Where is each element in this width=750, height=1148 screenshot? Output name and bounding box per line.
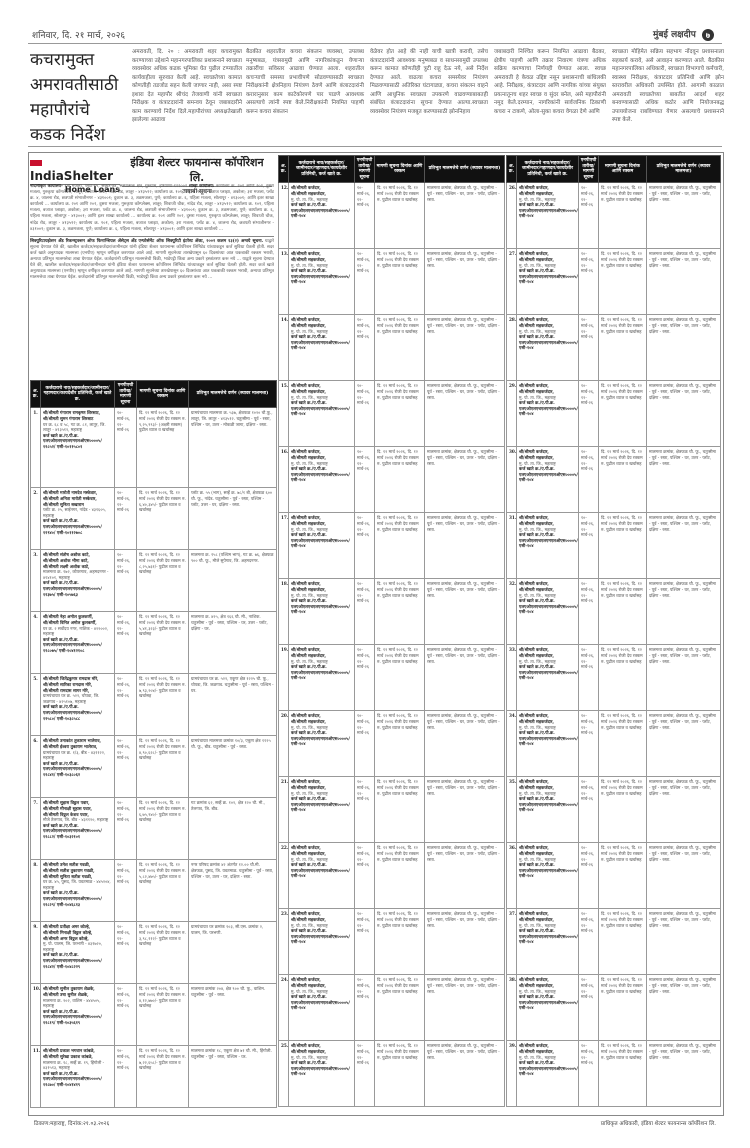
loan-account: कर्ज खाते क्र./ए.पी.क्र. एलएओएलएचएलएमएलओ… <box>291 730 352 747</box>
borrower-cell: श्री/श्रीमती उमेश सतीश गवळी,श्री/श्रीमती… <box>41 860 115 922</box>
borrower-address: ग्रामपंचायत घर क्र. ५२२, चोपडा, जि. जळगा… <box>43 693 112 704</box>
npa-date-cell: १०-मार्च-२६, १२-मार्च-२६ <box>579 579 599 645</box>
row-number: 12. <box>279 183 289 249</box>
demand-cell: दि. १२ मार्च २०२६, दि. १२ मार्च २०२६ रोज… <box>599 777 647 843</box>
notice-table-left: अ. क्र. कर्जदाराचे नाव/सहकर्जदार/जामीनदा… <box>30 380 277 1108</box>
row-number: 24. <box>279 975 289 1041</box>
borrower-address: घर क्र. २ सर्वोदय नगर, नाशिक - ४२२००२, म… <box>43 626 112 637</box>
header-rule <box>28 43 722 44</box>
property-cell: मालमत्ता क्र. ४२५, क्षेत्र १६६ चौ. मी., … <box>189 612 277 674</box>
borrower-cell: श्री/श्रीमती कर्जदार,श्री/श्रीमती सहकर्ज… <box>289 381 355 447</box>
property-cell: मालमत्ता क्रमांक, क्षेत्रफळ चौ. फू., चतु… <box>425 777 505 843</box>
demand-cell: दि. १२ मार्च २०२६, दि. १२ मार्च २०२६ रोज… <box>137 1046 189 1108</box>
demand-cell: दि. १२ मार्च २०२६, दि. १२ मार्च २०२६ रोज… <box>375 1041 425 1107</box>
table-row: 8.श्री/श्रीमती उमेश सतीश गवळी,श्री/श्रीम… <box>31 860 277 922</box>
demand-cell: दि. १२ मार्च २०२६, दि. १२ मार्च २०२६ रोज… <box>137 612 189 674</box>
row-number: 32. <box>507 579 517 645</box>
row-number: 9. <box>31 922 41 984</box>
table-row: 22.श्री/श्रीमती कर्जदार,श्री/श्रीमती सहक… <box>279 843 505 909</box>
borrower-cell: श्री/श्रीमती प्रतीक्षा अमर कोल्हे,श्री/श… <box>41 922 115 984</box>
borrower-cell: श्री/श्रीमती कर्जदार,श्री/श्रीमती सहकर्ज… <box>517 381 579 447</box>
demand-cell: दि. १२ मार्च २०२६, दि. १२ मार्च २०२६ रोज… <box>137 798 189 860</box>
table-row: 33.श्री/श्रीमती कर्जदार,श्री/श्रीमती सहक… <box>507 645 721 711</box>
row-number: 30. <box>507 447 517 513</box>
table-row: 38.श्री/श्रीमती कर्जदार,श्री/श्रीमती सहक… <box>507 975 721 1041</box>
property-cell: मालमत्ता क्रमांक १८, एकूण क्षेत्र ७१ चौ.… <box>189 1046 277 1108</box>
npa-date-cell: १०-मार्च-२६, १२-मार्च-२६ <box>579 909 599 975</box>
table-row: 32.श्री/श्रीमती कर्जदार,श्री/श्रीमती सहक… <box>507 579 721 645</box>
loan-account: कर्ज खाते क्र./ए.पी.क्र. एलएओएलएचएलएमएलओ… <box>519 400 576 417</box>
property-cell: मालमत्ता क्रमांक, क्षेत्रफळ चौ. फू., चतु… <box>647 909 721 975</box>
table-row: 29.श्री/श्रीमती कर्जदार,श्री/श्रीमती सहक… <box>507 381 721 447</box>
property-cell: मालमत्ता क्रमांक, क्षेत्रफळ चौ. फू., चतु… <box>425 975 505 1041</box>
loan-account: कर्ज खाते क्र./ए.पी.क्र. एलएओएलएचएलएमएलओ… <box>291 334 352 351</box>
table-row: 21.श्री/श्रीमती कर्जदार,श्री/श्रीमती सहक… <box>279 777 505 843</box>
place-date: ठिकाण:महाराष्ट्र, दिनांक:२१.०३.२०२६ <box>34 1119 109 1127</box>
npa-date-cell: १०-मार्च-२६, १२-मार्च-२६ <box>115 984 137 1046</box>
demand-cell: दि. १२ मार्च २०२६, दि. १२ मार्च २०२६ रोज… <box>599 315 647 381</box>
row-number: 36. <box>507 843 517 909</box>
npa-date-cell: १०-मार्च-२६, १२-मार्च-२६ <box>115 550 137 612</box>
row-number: 4. <box>31 612 41 674</box>
loan-account: कर्ज खाते क्र./ए.पी.क्र. एलएओएलएचएलएमएलओ… <box>43 952 112 969</box>
borrower-cell: श्री/श्रीमती कर्जदार,श्री/श्रीमती सहकर्ज… <box>289 645 355 711</box>
property-cell: मालमत्ता क्रमांक, क्षेत्रफळ चौ. फू., चतु… <box>425 249 505 315</box>
demand-cell: दि. १२ मार्च २०२६, दि. १२ मार्च २०२६ रोज… <box>375 711 425 777</box>
borrower-cell: श्री/श्रीमती नेहा अमोल कुलकर्णी,श्री/श्र… <box>41 612 115 674</box>
loan-account: कर्ज खाते क्र./ए.पी.क्र. एलएओएलएचएलएमएलओ… <box>519 928 576 945</box>
npa-date-cell: १०-मार्च-२६, १२-मार्च-२६ <box>115 408 137 488</box>
demand-cell: दि. १२ मार्च २०२६, दि. १२ मार्च २०२६ रोज… <box>599 513 647 579</box>
borrower-cell: श्री/श्रीमती कर्जदार,श्री/श्रीमती सहकर्ज… <box>517 1041 579 1107</box>
loan-account: कर्ज खाते क्र./ए.पी.क्र. एलएओएलएचएलएमएलओ… <box>291 268 352 285</box>
row-number: 16. <box>279 447 289 513</box>
demand-cell: दि. १२ मार्च २०२६, दि. १२ मार्च २०२६ रोज… <box>137 860 189 922</box>
row-number: 21. <box>279 777 289 843</box>
property-cell: ग्रामपंचायत घर क्र. ५२२, एकूण क्षेत्र १२… <box>189 674 277 736</box>
demand-cell: दि. १२ मार्च २०२६, दि. १२ मार्च २०२६ रोज… <box>599 909 647 975</box>
demand-cell: दि. १२ मार्च २०२६, दि. १२ मार्च २०२६ रोज… <box>375 447 425 513</box>
npa-date-cell: १०-मार्च-२६, १२-मार्च-२६ <box>115 860 137 922</box>
loan-account: कर्ज खाते क्र./ए.पी.क्र. एलएओएलएचएलएमएलओ… <box>519 664 576 681</box>
npa-date-cell: १०-मार्च-२६, १२-मार्च-२६ <box>355 315 375 381</box>
row-number: 35. <box>507 777 517 843</box>
loan-account: कर्ज खाते क्र./ए.पी.क्र. एलएओएलएचएलएमएलओ… <box>43 433 112 450</box>
demand-cell: दि. १२ मार्च २०२६, दि. १२ मार्च २०२६ रोज… <box>137 408 189 488</box>
loan-account: कर्ज खाते क्र./ए.पी.क्र. एलएओएलएचएलएमएलओ… <box>43 1009 112 1026</box>
npa-date-cell: १०-मार्च-२६, १२-मार्च-२६ <box>355 381 375 447</box>
row-number: 15. <box>279 381 289 447</box>
demand-cell: दि. १२ मार्च २०२६, दि. १२ मार्च २०२६ रोज… <box>599 249 647 315</box>
borrower-cell: श्री/श्रीमती कर्जदार,श्री/श्रीमती सहकर्ज… <box>289 777 355 843</box>
borrower-cell: श्री/श्रीमती सुनील तुकाराम शेळके,श्री/श्… <box>41 984 115 1046</box>
npa-date-cell: १०-मार्च-२६, १२-मार्च-२६ <box>579 249 599 315</box>
property-cell: मालमत्ता क्रमांक, क्षेत्रफळ चौ. फू., चतु… <box>425 645 505 711</box>
loan-account: कर्ज खाते क्र./ए.पी.क्र. एलएओएलएचएलएमएलओ… <box>43 518 112 535</box>
loan-account: कर्ज खाते क्र./ए.पी.क्र. एलएओएलएचएलएमएलओ… <box>291 796 352 813</box>
npa-date-cell: १०-मार्च-२६, १२-मार्च-२६ <box>579 711 599 777</box>
logo-mark-icon <box>30 160 42 166</box>
borrower-cell: श्री/श्रीमती कर्जदार,श्री/श्रीमती सहकर्ज… <box>289 843 355 909</box>
table-row: 24.श्री/श्रीमती कर्जदार,श्री/श्रीमती सहक… <box>279 975 505 1041</box>
authorized-officer: प्राधिकृत अधिकारी, इंडिया शेल्टर फायनान्… <box>601 1119 716 1127</box>
npa-date-cell: १०-मार्च-२६, १२-मार्च-२६ <box>115 922 137 984</box>
property-cell: मालमत्ता क्रमांक, क्षेत्रफळ चौ. फू., चतु… <box>647 381 721 447</box>
loan-account: कर्ज खाते क्र./ए.पी.क्र. एलएओएलएचएलएमएलओ… <box>519 1060 576 1077</box>
table-row: 11.श्री/श्रीमती प्रकाश भगवान कांबळे,श्री… <box>31 1046 277 1108</box>
row-number: 17. <box>279 513 289 579</box>
property-cell: ग्रामपंचायत मालमत्ता क्रमांक १०/३, एकूण … <box>189 736 277 798</box>
loan-account: कर्ज खाते क्र./ए.पी.क्र. एलएओएलएचएलएमएलओ… <box>43 637 112 654</box>
row-number: 25. <box>279 1041 289 1107</box>
demand-cell: दि. १२ मार्च २०२६, दि. १२ मार्च २०२६ रोज… <box>375 579 425 645</box>
borrower-cell: श्री/श्रीमती कर्जदार,श्री/श्रीमती सहकर्ज… <box>289 579 355 645</box>
loan-account: कर्ज खाते क्र./ए.पी.क्र. एलएओएलएचएलएमएलओ… <box>291 664 352 681</box>
table-row: 27.श्री/श्रीमती कर्जदार,श्री/श्रीमती सहक… <box>507 249 721 315</box>
property-cell: मालमत्ता क्रमांक, क्षेत्रफळ चौ. फू., चतु… <box>647 315 721 381</box>
demand-cell: दि. १२ मार्च २०२६, दि. १२ मार्च २०२६ रोज… <box>599 645 647 711</box>
borrower-cell: श्री/श्रीमती कर्जदार,श्री/श्रीमती सहकर्ज… <box>517 645 579 711</box>
npa-date-cell: १०-मार्च-२६, १२-मार्च-२६ <box>115 1046 137 1108</box>
row-number: 14. <box>279 315 289 381</box>
table-row: 19.श्री/श्रीमती कर्जदार,श्री/श्रीमती सहक… <box>279 645 505 711</box>
npa-date-cell: १०-मार्च-२६, १२-मार्च-२६ <box>355 579 375 645</box>
borrower-cell: श्री/श्रीमती कर्जदार,श्री/श्रीमती सहकर्ज… <box>517 249 579 315</box>
property-cell: मालमत्ता क्रमांक, क्षेत्रफळ चौ. फू., चतु… <box>425 1041 505 1107</box>
borrower-cell: श्री/श्रीमती कर्जदार,श्री/श्रीमती सहकर्ज… <box>517 315 579 381</box>
loan-account: कर्ज खाते क्र./ए.पी.क्र. एलएओएलएचएलएमएलओ… <box>519 730 576 747</box>
npa-date-cell: १०-मार्च-२६, १२-मार्च-२६ <box>579 777 599 843</box>
property-cell: मालमत्ता क्र. १५८ (पश्चिम भाग), गट क्र. … <box>189 550 277 612</box>
loan-account: कर्ज खाते क्र./ए.पी.क्र. एलएओएलएचएलएमएलओ… <box>519 268 576 285</box>
table-row: 26.श्री/श्रीमती कर्जदार,श्री/श्रीमती सहक… <box>507 183 721 249</box>
npa-date-cell: १०-मार्च-२६, १२-मार्च-२६ <box>355 249 375 315</box>
loan-account: कर्ज खाते क्र./ए.पी.क्र. एलएओएलएचएलएमएलओ… <box>43 761 112 778</box>
property-cell: मालमत्ता क्रमांक, क्षेत्रफळ चौ. फू., चतु… <box>425 711 505 777</box>
borrower-address: मु. पो. पालम, जि. परभणी - ४३१७२०, महाराष… <box>43 941 112 952</box>
npa-date-cell: १०-मार्च-२६, १२-मार्च-२६ <box>115 736 137 798</box>
borrower-cell: श्री/श्रीमती गंगाराम रामकृष्ण शिरसाट,श्र… <box>41 408 115 488</box>
demand-cell: दि. १२ मार्च २०२६, दि. १२ मार्च २०२६ रोज… <box>599 1041 647 1107</box>
npa-date-cell: १०-मार्च-२६, १२-मार्च-२६ <box>579 975 599 1041</box>
npa-date-cell: १०-मार्च-२६, १२-मार्च-२६ <box>115 612 137 674</box>
demand-cell: दि. १२ मार्च २०२६, दि. १२ मार्च २०२६ रोज… <box>599 447 647 513</box>
row-number: 7. <box>31 798 41 860</box>
property-cell: प्लॉट क्र. ५५ (भाग), सर्व्हे क्र. ७८/१ ब… <box>189 488 277 550</box>
table-row: 39.श्री/श्रीमती कर्जदार,श्री/श्रीमती सहक… <box>507 1041 721 1107</box>
row-number: 1. <box>31 408 41 488</box>
demand-cell: दि. १२ मार्च २०२६, दि. १२ मार्च २०२६ रोज… <box>599 579 647 645</box>
property-cell: मालमत्ता क्रमांक, क्षेत्रफळ चौ. फू., चतु… <box>647 513 721 579</box>
borrower-cell: श्री/श्रीमती कर्जदार,श्री/श्रीमती सहकर्ज… <box>289 1041 355 1107</box>
row-number: 6. <box>31 736 41 798</box>
loan-account: कर्ज खाते क्र./ए.पी.क्र. एलएओएलएचएलएमएलओ… <box>519 334 576 351</box>
demand-cell: दि. १२ मार्च २०२६, दि. १२ मार्च २०२६ रोज… <box>137 550 189 612</box>
borrower-cell: श्री/श्रीमती कर्जदार,श्री/श्रीमती सहकर्ज… <box>517 777 579 843</box>
loan-account: कर्ज खाते क्र./ए.पी.क्र. एलएओएलएचएलएमएलओ… <box>519 598 576 615</box>
borrower-cell: श्री/श्रीमती कर्जदार,श्री/श्रीमती सहकर्ज… <box>289 975 355 1041</box>
newspaper-page: शनिवार, दि. २१ मार्च, २०२६ मुंबई लक्षदीप… <box>0 0 750 1148</box>
demand-cell: दि. १२ मार्च २०२६, दि. १२ मार्च २०२६ रोज… <box>137 922 189 984</box>
npa-date-cell: १०-मार्च-२६, १२-मार्च-२६ <box>579 183 599 249</box>
article-column-1: अमरावती, दि. २० : अमरावती शहर कचरामुक्त … <box>132 48 242 125</box>
borrower-address: घर क्र. ४५, पुसद, जि. यवतमाळ - ४४५२०४, म… <box>43 879 112 890</box>
table-row: 18.श्री/श्रीमती कर्जदार,श्री/श्रीमती सहक… <box>279 579 505 645</box>
borrower-address: मालमत्ता क्र. १८, सर्व्हे क्र. १९, हिंगो… <box>43 1060 112 1071</box>
table-row: 35.श्री/श्रीमती कर्जदार,श्री/श्रीमती सहक… <box>507 777 721 843</box>
npa-date-cell: १०-मार्च-२६, १२-मार्च-२६ <box>115 674 137 736</box>
table-row: 34.श्री/श्रीमती कर्जदार,श्री/श्रीमती सहक… <box>507 711 721 777</box>
table-row: 9.श्री/श्रीमती प्रतीक्षा अमर कोल्हे,श्री… <box>31 922 277 984</box>
property-cell: मालमत्ता क्रमांक, क्षेत्रफळ चौ. फू., चतु… <box>425 513 505 579</box>
borrower-cell: श्री/श्रीमती कर्जदार,श्री/श्रीमती सहकर्ज… <box>289 447 355 513</box>
row-number: 20. <box>279 711 289 777</box>
row-number: 34. <box>507 711 517 777</box>
demand-cell: दि. १२ मार्च २०२६, दि. १२ मार्च २०२६ रोज… <box>599 975 647 1041</box>
property-cell: मालमत्ता क्रमांक, क्षेत्रफळ चौ. फू., चतु… <box>425 315 505 381</box>
row-number: 2. <box>31 488 41 550</box>
table-row: 13.श्री/श्रीमती कर्जदार,श्री/श्रीमती सहक… <box>279 249 505 315</box>
borrower-address: प्लॉट क्र. २५, साईनगर, नांदेड - ४३१६०५, … <box>43 507 112 518</box>
table-row: 30.श्री/श्रीमती कर्जदार,श्री/श्रीमती सहक… <box>507 447 721 513</box>
demand-cell: दि. १२ मार्च २०२६, दि. १२ मार्च २०२६ रोज… <box>599 843 647 909</box>
property-cell: मालमत्ता क्रमांक, क्षेत्रफळ चौ. फू., चतु… <box>425 183 505 249</box>
row-number: 22. <box>279 843 289 909</box>
demand-cell: दि. १२ मार्च २०२६, दि. १२ मार्च २०२६ रोज… <box>137 984 189 1046</box>
property-cell: मालमत्ता क्रमांक, क्षेत्रफळ चौ. फू., चतु… <box>647 579 721 645</box>
npa-date-cell: १०-मार्च-२६, १२-मार्च-२६ <box>355 711 375 777</box>
property-cell: मालमत्ता क्रमांक, क्षेत्रफळ चौ. फू., चतु… <box>647 447 721 513</box>
row-number: 37. <box>507 909 517 975</box>
npa-date-cell: १०-मार्च-२६, १२-मार्च-२६ <box>579 315 599 381</box>
loan-account: कर्ज खाते क्र./ए.पी.क्र. एलएओएलएचएलएमएलओ… <box>291 1060 352 1077</box>
row-number: 26. <box>507 183 517 249</box>
demand-cell: दि. १२ मार्च २०२६, दि. १२ मार्च २०२६ रोज… <box>375 183 425 249</box>
property-cell: मालमत्ता क्रमांक, क्षेत्रफळ चौ. फू., चतु… <box>647 843 721 909</box>
table-row: 4.श्री/श्रीमती नेहा अमोल कुलकर्णी,श्री/श… <box>31 612 277 674</box>
borrower-cell: श्री/श्रीमती मारोती नामदेव मस्केवार,श्री… <box>41 488 115 550</box>
loan-account: कर्ज खाते क्र./ए.पी.क्र. एलएओएलएचएलएमएलओ… <box>291 532 352 549</box>
borrower-cell: श्री/श्रीमती कर्जदार,श्री/श्रीमती सहकर्ज… <box>517 843 579 909</box>
row-number: 11. <box>31 1046 41 1108</box>
article-column-4: जबाबदारी निश्चित करून नियमित आढावा बैठका… <box>494 48 606 116</box>
borrower-cell: श्री/श्रीमती जितेंद्रकुमार रामदास मोरे,श… <box>41 674 115 736</box>
loan-account: कर्ज खाते क्र./ए.पी.क्र. एलएओएलएचएलएमएलओ… <box>43 823 112 840</box>
page-header: शनिवार, दि. २१ मार्च, २०२६ मुंबई लक्षदीप… <box>28 26 722 42</box>
masthead: मुंबई लक्षदीप ७ <box>653 27 714 41</box>
table-row: 16.श्री/श्रीमती कर्जदार,श्री/श्रीमती सहक… <box>279 447 505 513</box>
table-row: 7.श्री/श्रीमती सुहास विठ्ठल पवार,श्री/श्… <box>31 798 277 860</box>
npa-date-cell: १०-मार्च-२६, १२-मार्च-२६ <box>355 909 375 975</box>
table-row: 12.श्री/श्रीमती कर्जदार,श्री/श्रीमती सहक… <box>279 183 505 249</box>
table-row: 37.श्री/श्रीमती कर्जदार,श्री/श्रीमती सहक… <box>507 909 721 975</box>
demand-cell: दि. १२ मार्च २०२६, दि. १२ मार्च २०२६ रोज… <box>375 975 425 1041</box>
loan-account: कर्ज खाते क्र./ए.पी.क्र. एलएओएलएचएलएमएलओ… <box>291 994 352 1011</box>
borrower-cell: श्री/श्रीमती कर्जदार,श्री/श्रीमती सहकर्ज… <box>517 975 579 1041</box>
loan-account: कर्ज खाते क्र./ए.पी.क्र. एलएओएलएचएलएमएलओ… <box>43 580 112 597</box>
property-cell: मालमत्ता क्रमांक, क्षेत्रफळ चौ. फू., चतु… <box>647 777 721 843</box>
loan-account: कर्ज खाते क्र./ए.पी.क्र. एलएओएलएचएलएमएलओ… <box>291 466 352 483</box>
property-cell: गट क्रमांक ६२, सर्व्हे क्र. १०२, क्षेत्र… <box>189 798 277 860</box>
table-row: 15.श्री/श्रीमती कर्जदार,श्री/श्रीमती सहक… <box>279 381 505 447</box>
property-cell: मालमत्ता क्रमांक, क्षेत्रफळ चौ. फू., चतु… <box>425 447 505 513</box>
npa-date-cell: १०-मार्च-२६, १२-मार्च-२६ <box>355 513 375 579</box>
row-number: 5. <box>31 674 41 736</box>
demand-cell: दि. १२ मार्च २०२६, दि. १२ मार्च २०२६ रोज… <box>375 777 425 843</box>
loan-account: कर्ज खाते क्र./ए.पी.क्र. एलएओएलएचएलएमएलओ… <box>519 532 576 549</box>
demand-cell: दि. १२ मार्च २०२६, दि. १२ मार्च २०२६ रोज… <box>375 645 425 711</box>
company-name: इंडिया शेल्टर फायनान्स कॉर्पोरेशन लि. <box>122 155 272 185</box>
borrower-cell: श्री/श्रीमती कर्जदार,श्री/श्रीमती सहकर्ज… <box>289 249 355 315</box>
property-cell: मालमत्ता क्रमांक, क्षेत्रफळ चौ. फू., चतु… <box>647 183 721 249</box>
borrower-cell: श्री/श्रीमती कर्जदार,श्री/श्रीमती सहकर्ज… <box>289 183 355 249</box>
notice-table-right: अ. क्र. कर्जदाराचे नाव/सहकर्जदार/जामीनदा… <box>506 155 721 1107</box>
notice-table-middle: अ. क्र. कर्जदाराचे नाव/सहकर्जदार/जामीनदा… <box>278 155 505 1107</box>
masthead-title: मुंबई लक्षदीप <box>653 30 696 40</box>
table-row: 5.श्री/श्रीमती जितेंद्रकुमार रामदास मोरे… <box>31 674 277 736</box>
table-row: 36.श्री/श्रीमती कर्जदार,श्री/श्रीमती सहक… <box>507 843 721 909</box>
demand-cell: दि. १२ मार्च २०२६, दि. १२ मार्च २०२६ रोज… <box>599 711 647 777</box>
borrower-cell: श्री/श्रीमती प्रकाश भगवान कांबळे,श्री/श्… <box>41 1046 115 1108</box>
npa-date-cell: १०-मार्च-२६, १२-मार्च-२६ <box>355 975 375 1041</box>
property-cell: नगर परिषद क्रमांक ४२ अंतर्गत १२.०० चौ.मी… <box>189 860 277 922</box>
article-column-3: वेळेवर होत आहे की नाही याची खात्री करावी… <box>370 48 488 116</box>
npa-date-cell: १०-मार्च-२६, १२-मार्च-२६ <box>579 513 599 579</box>
loan-account: कर्ज खाते क्र./ए.पी.क्र. एलएओएलएचएलएमएलओ… <box>519 796 576 813</box>
act-heading: सिक्युरिटायझेशन अँड रिकन्स्ट्रक्शन ऑफ फि… <box>30 239 263 244</box>
table-row: 6.श्री/श्रीमती उमाकांत तुकाराम भालेराव,श… <box>31 736 277 798</box>
loan-account: कर्ज खाते क्र./ए.पी.क्र. एलएओएलएचएलएमएलओ… <box>519 202 576 219</box>
loan-account: कर्ज खाते क्र./ए.पी.क्र. एलएओएलएचएलएमएलओ… <box>43 704 112 721</box>
loan-account: कर्ज खाते क्र./ए.पी.क्र. एलएओएलएचएलएमएलओ… <box>291 400 352 417</box>
row-number: 8. <box>31 860 41 922</box>
row-number: 29. <box>507 381 517 447</box>
property-cell: मालमत्ता क्रमांक, क्षेत्रफळ चौ. फू., चतु… <box>425 381 505 447</box>
loan-account: कर्ज खाते क्र./ए.पी.क्र. एलएओएलएचएलएमएलओ… <box>291 202 352 219</box>
loan-account: कर्ज खाते क्र./ए.पी.क्र. एलएओएलएचएलएमएलओ… <box>291 862 352 879</box>
property-cell: मालमत्ता क्रमांक, क्षेत्रफळ चौ. फू., चतु… <box>425 579 505 645</box>
issue-date: शनिवार, दि. २१ मार्च, २०२६ <box>32 28 125 41</box>
borrower-address: मौजे तेलगाव, जि. बीड - ४३११२०, महाराष्ट्… <box>43 817 112 823</box>
table-row: 1.श्री/श्रीमती गंगाराम रामकृष्ण शिरसाट,श… <box>31 408 277 488</box>
indiashelter-logo: IndiaShelter Home Loans <box>30 155 120 181</box>
row-number: 19. <box>279 645 289 711</box>
article-headline: कचरामुक्त अमरावतीसाठी महापौरांचे कडक निर… <box>30 48 130 148</box>
demand-cell: दि. १२ मार्च २०२६, दि. १२ मार्च २०२६ रोज… <box>599 183 647 249</box>
row-number: 23. <box>279 909 289 975</box>
table-row: 10.श्री/श्रीमती सुनील तुकाराम शेळके,श्री… <box>31 984 277 1046</box>
borrower-address: घर क्र. ६८ व ५८, गट क्र. ८१, लातूर, जि. … <box>43 422 112 433</box>
demand-cell: दि. १२ मार्च २०२६, दि. १२ मार्च २०२६ रोज… <box>137 736 189 798</box>
loan-account: कर्ज खाते क्र./ए.पी.क्र. एलएओएलएचएलएमएलओ… <box>519 862 576 879</box>
npa-date-cell: १०-मार्च-२६, १२-मार्च-२६ <box>579 447 599 513</box>
loan-account: कर्ज खाते क्र./ए.पी.क्र. एलएओएलएचएलएमएलओ… <box>519 994 576 1011</box>
npa-date-cell: १०-मार्च-२६, १२-मार्च-२६ <box>115 798 137 860</box>
row-number: 27. <box>507 249 517 315</box>
demand-cell: दि. १२ मार्च २०२६, दि. १२ मार्च २०२६ रोज… <box>375 513 425 579</box>
loan-account: कर्ज खाते क्र./ए.पी.क्र. एलएओएलएचएलएमएलओ… <box>43 1071 112 1088</box>
npa-date-cell: १०-मार्च-२६, १२-मार्च-२६ <box>355 183 375 249</box>
row-number: 39. <box>507 1041 517 1107</box>
article-column-5: स्वच्छता मोहिमेत सक्रिय सहभाग नोंदवून प्… <box>612 48 724 125</box>
borrower-cell: श्री/श्रीमती कर्जदार,श्री/श्रीमती सहकर्ज… <box>517 711 579 777</box>
page-number: ७ <box>702 29 714 41</box>
row-number: 31. <box>507 513 517 579</box>
table-row: 31.श्री/श्रीमती कर्जदार,श्री/श्रीमती सहक… <box>507 513 721 579</box>
npa-date-cell: १०-मार्च-२६, १२-मार्च-२६ <box>355 843 375 909</box>
loan-account: कर्ज खाते क्र./ए.पी.क्र. एलएओएलएचएलएमएलओ… <box>291 598 352 615</box>
row-number: 3. <box>31 550 41 612</box>
demand-cell: दि. १२ मार्च २०२६, दि. १२ मार्च २०२६ रोज… <box>375 909 425 975</box>
notice-footer: ठिकाण:महाराष्ट्र, दिनांक:२१.०३.२०२६ प्रा… <box>30 1115 720 1128</box>
loan-account: कर्ज खाते क्र./ए.पी.क्र. एलएओएलएचएलएमएलओ… <box>43 890 112 907</box>
demand-cell: दि. १२ मार्च २०२६, दि. १२ मार्च २०२६ रोज… <box>375 381 425 447</box>
borrower-cell: श्री/श्रीमती कर्जदार,श्री/श्रीमती सहकर्ज… <box>289 909 355 975</box>
demand-cell: दि. १२ मार्च २०२६, दि. १२ मार्च २०२६ रोज… <box>137 674 189 736</box>
row-number: 18. <box>279 579 289 645</box>
borrower-address: ग्रामपंचायत घर क्र. १/३, बीड - ४३११२२, म… <box>43 750 112 761</box>
article-rule <box>28 146 722 147</box>
article-column-2: बैठकीत शहरातील कचरा संकलन व्यवस्था, उपलब… <box>246 48 364 116</box>
property-cell: ग्रामपंचायत मालमत्ता क्र. ५३७, क्षेत्रफळ… <box>189 408 277 488</box>
loan-account: कर्ज खाते क्र./ए.पी.क्र. एलएओएलएचएलएमएलओ… <box>291 928 352 945</box>
npa-date-cell: १०-मार्च-२६, १२-मार्च-२६ <box>355 777 375 843</box>
borrower-address: मालमत्ता क्र. १७२, कोपरगाव, अहमदनगर - ४१… <box>43 569 112 580</box>
npa-date-cell: १०-मार्च-२६, १२-मार्च-२६ <box>115 488 137 550</box>
borrower-address: मालमत्ता क्र. २०२, वाशिम - ४४४५०५, महारा… <box>43 998 112 1009</box>
borrower-cell: श्री/श्रीमती कर्जदार,श्री/श्रीमती सहकर्ज… <box>289 513 355 579</box>
borrower-cell: श्री/श्रीमती कर्जदार,श्री/श्रीमती सहकर्ज… <box>289 711 355 777</box>
borrower-cell: श्री/श्रीमती कर्जदार,श्री/श्रीमती सहकर्ज… <box>517 183 579 249</box>
property-cell: मालमत्ता क्रमांक, क्षेत्रफळ चौ. फू., चतु… <box>647 645 721 711</box>
npa-date-cell: १०-मार्च-२६, १२-मार्च-२६ <box>579 381 599 447</box>
property-cell: मालमत्ता क्रमांक २०४, क्षेत्र ९०० चौ. फू… <box>189 984 277 1046</box>
borrower-cell: श्री/श्रीमती कर्जदार,श्री/श्रीमती सहकर्ज… <box>517 513 579 579</box>
property-cell: मालमत्ता क्रमांक, क्षेत्रफळ चौ. फू., चतु… <box>647 711 721 777</box>
table-row: 20.श्री/श्रीमती कर्जदार,श्री/श्रीमती सहक… <box>279 711 505 777</box>
property-cell: मालमत्ता क्रमांक, क्षेत्रफळ चौ. फू., चतु… <box>647 975 721 1041</box>
table-row: 3.श्री/श्रीमती संतोष अशोक काटे,श्री/श्री… <box>31 550 277 612</box>
row-number: 28. <box>507 315 517 381</box>
row-number: 38. <box>507 975 517 1041</box>
npa-date-cell: १०-मार्च-२६, १२-मार्च-२६ <box>579 645 599 711</box>
table-row: 23.श्री/श्रीमती कर्जदार,श्री/श्रीमती सहक… <box>279 909 505 975</box>
property-cell: मालमत्ता क्रमांक, क्षेत्रफळ चौ. फू., चतु… <box>647 249 721 315</box>
borrower-cell: श्री/श्रीमती कर्जदार,श्री/श्रीमती सहकर्ज… <box>289 315 355 381</box>
borrower-cell: श्री/श्रीमती उमाकांत तुकाराम भालेराव,श्र… <box>41 736 115 798</box>
table-row: 2.श्री/श्रीमती मारोती नामदेव मस्केवार,श्… <box>31 488 277 550</box>
table-row: 28.श्री/श्रीमती कर्जदार,श्री/श्रीमती सहक… <box>507 315 721 381</box>
table-row: 17.श्री/श्रीमती कर्जदार,श्री/श्रीमती सहक… <box>279 513 505 579</box>
borrower-cell: श्री/श्रीमती कर्जदार,श्री/श्रीमती सहकर्ज… <box>517 579 579 645</box>
borrower-cell: श्री/श्रीमती संतोष अशोक काटे,श्री/श्रीमत… <box>41 550 115 612</box>
demand-cell: दि. १२ मार्च २०२६, दि. १२ मार्च २०२६ रोज… <box>137 488 189 550</box>
npa-date-cell: १०-मार्च-२६, १२-मार्च-२६ <box>579 843 599 909</box>
loan-account: कर्ज खाते क्र./ए.पी.क्र. एलएओएलएचएलएमएलओ… <box>519 466 576 483</box>
borrower-cell: श्री/श्रीमती कर्जदार,श्री/श्रीमती सहकर्ज… <box>517 909 579 975</box>
property-cell: ग्रामपंचायत घर क्रमांक १०३, सी.एस. क्रमा… <box>189 922 277 984</box>
row-number: 33. <box>507 645 517 711</box>
demand-cell: दि. १२ मार्च २०२६, दि. १२ मार्च २०२६ रोज… <box>599 381 647 447</box>
npa-date-cell: १०-मार्च-२६, १२-मार्च-२६ <box>355 447 375 513</box>
row-number: 13. <box>279 249 289 315</box>
table-row: 14.श्री/श्रीमती कर्जदार,श्री/श्रीमती सहक… <box>279 315 505 381</box>
demand-cell: दि. १२ मार्च २०२६, दि. १२ मार्च २०२६ रोज… <box>375 249 425 315</box>
npa-date-cell: १०-मार्च-२६, १२-मार्च-२६ <box>355 1041 375 1107</box>
demand-cell: दि. १२ मार्च २०२६, दि. १२ मार्च २०२६ रोज… <box>375 843 425 909</box>
borrower-cell: श्री/श्रीमती कर्जदार,श्री/श्रीमती सहकर्ज… <box>517 447 579 513</box>
property-cell: मालमत्ता क्रमांक, क्षेत्रफळ चौ. फू., चतु… <box>425 909 505 975</box>
